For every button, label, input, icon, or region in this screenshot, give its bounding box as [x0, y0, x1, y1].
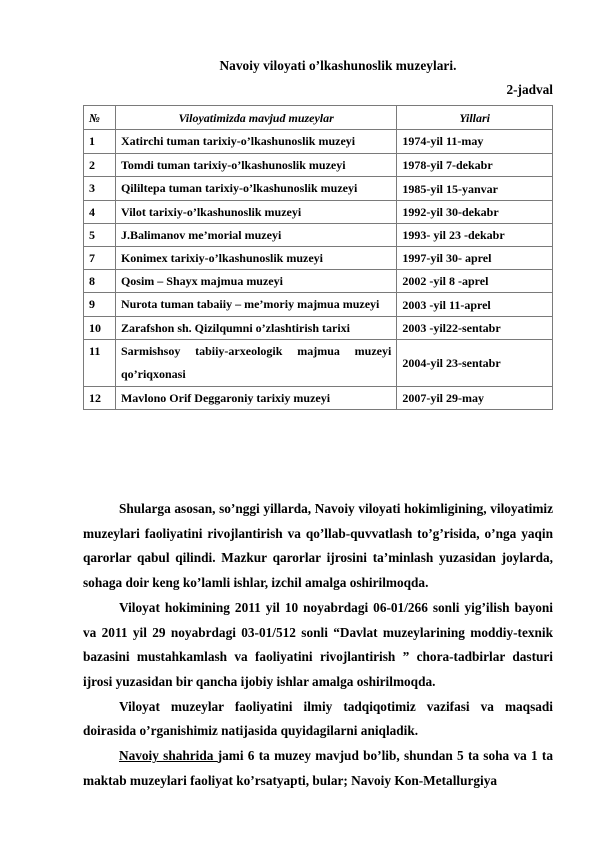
table-row: 2Tomdi tuman tarixiy-o’lkashunoslik muze…: [84, 154, 553, 177]
founded-date: 2002 -yil 8 -aprel: [397, 270, 553, 293]
row-number: 5: [84, 224, 116, 247]
table-row: 4Vilot tarixiy-o’lkashunoslik muzeyi1992…: [84, 201, 553, 224]
paragraph: Viloyat hokimining 2011 yil 10 noyabrdag…: [83, 596, 553, 695]
table-row: 5J.Balimanov me’morial muzeyi1993- yil 2…: [84, 224, 553, 247]
table-row: 1Xatirchi tuman tarixiy-o’lkashunoslik m…: [84, 130, 553, 154]
museum-name: Qosim – Shayx majmua muzeyi: [115, 270, 396, 293]
founded-date: 1974-yil 11-may: [397, 130, 553, 154]
founded-date: 2004-yil 23-sentabr: [397, 340, 553, 387]
row-number: 7: [84, 247, 116, 270]
founded-date: 2003 -yil22-sentabr: [397, 317, 553, 340]
museum-name: Tomdi tuman tarixiy-o’lkashunoslik muzey…: [115, 154, 396, 177]
table-row: 9Nurota tuman tabaiiy – me’moriy majmua …: [84, 293, 553, 317]
museum-name: J.Balimanov me’morial muzeyi: [115, 224, 396, 247]
paragraph: Shularga asosan, so’nggi yillarda, Navoi…: [83, 497, 553, 596]
row-number: 11: [84, 340, 116, 387]
founded-date: 2003 -yil 11-aprel: [397, 293, 553, 317]
founded-date: 2007-yil 29-may: [397, 387, 553, 410]
table-header-row: № Viloyatimizda mavjud muzeylar Yillari: [84, 106, 553, 130]
row-number: 10: [84, 317, 116, 340]
body-text: Shularga asosan, so’nggi yillarda, Navoi…: [83, 497, 553, 793]
row-number: 9: [84, 293, 116, 317]
row-number: 2: [84, 154, 116, 177]
header-museums: Viloyatimizda mavjud muzeylar: [115, 106, 396, 130]
museum-name: Mavlono Orif Deggaroniy tarixiy muzeyi: [115, 387, 396, 410]
header-years: Yillari: [397, 106, 553, 130]
row-number: 12: [84, 387, 116, 410]
paragraph: Navoiy shahrida jami 6 ta muzey mavjud b…: [83, 744, 553, 793]
museum-name: Qililtepa tuman tarixiy-o’lkashunoslik m…: [115, 177, 396, 201]
museum-name: Zarafshon sh. Qizilqumni o’zlashtirish t…: [115, 317, 396, 340]
museum-name: Vilot tarixiy-o’lkashunoslik muzeyi: [115, 201, 396, 224]
table-row: 8Qosim – Shayx majmua muzeyi2002 -yil 8 …: [84, 270, 553, 293]
header-number: №: [84, 106, 116, 130]
museum-name: Konimex tarixiy-o’lkashunoslik muzeyi: [115, 247, 396, 270]
row-number: 3: [84, 177, 116, 201]
paragraph: Viloyat muzeylar faoliyatini ilmiy tadqi…: [83, 695, 553, 744]
founded-date: 1992-yil 30-dekabr: [397, 201, 553, 224]
table-row: 11Sarmishsoy tabiiy-arxeologik majmua mu…: [84, 340, 553, 387]
museum-name: Sarmishsoy tabiiy-arxeologik majmua muze…: [115, 340, 396, 387]
table-row: 12Mavlono Orif Deggaroniy tarixiy muzeyi…: [84, 387, 553, 410]
row-number: 4: [84, 201, 116, 224]
table-row: 7Konimex tarixiy-o’lkashunoslik muzeyi19…: [84, 247, 553, 270]
document-title: Navoiy viloyati o’lkashunoslik muzeylari…: [0, 58, 596, 74]
museums-table: № Viloyatimizda mavjud muzeylar Yillari …: [83, 105, 553, 410]
founded-date: 1993- yil 23 -dekabr: [397, 224, 553, 247]
table-row: 3Qililtepa tuman tarixiy-o’lkashunoslik …: [84, 177, 553, 201]
table-body: 1Xatirchi tuman tarixiy-o’lkashunoslik m…: [84, 130, 553, 410]
founded-date: 1997-yil 30- aprel: [397, 247, 553, 270]
row-number: 8: [84, 270, 116, 293]
museum-name: Xatirchi tuman tarixiy-o’lkashunoslik mu…: [115, 130, 396, 154]
founded-date: 1985-yil 15-yanvar: [397, 177, 553, 201]
founded-date: 1978-yil 7-dekabr: [397, 154, 553, 177]
table-row: 10Zarafshon sh. Qizilqumni o’zlashtirish…: [84, 317, 553, 340]
table-label: 2-jadval: [506, 82, 553, 98]
museum-name: Nurota tuman tabaiiy – me’moriy majmua m…: [115, 293, 396, 317]
row-number: 1: [84, 130, 116, 154]
underlined-phrase: Navoiy shahrida: [119, 748, 218, 763]
